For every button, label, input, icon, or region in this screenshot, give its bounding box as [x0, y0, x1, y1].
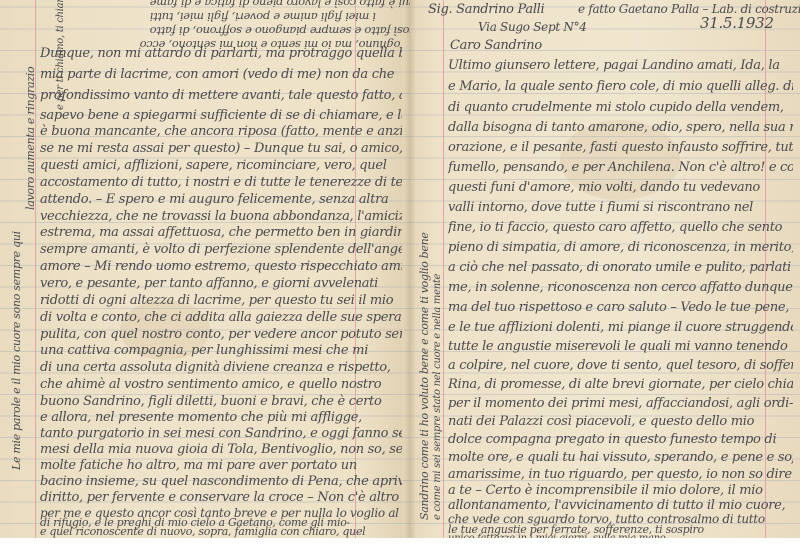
margin-note: Sandrino come ti ho voluto bene e come t…: [418, 20, 431, 520]
letter-line: diritto, per fervente e conservare la cr…: [40, 490, 402, 506]
letter-line: una cattiva compagnia, per lunghissimi m…: [40, 343, 402, 359]
letter-line: estrema, ma assai affettuosa, che permet…: [40, 225, 402, 241]
letter-line: nati dei Palazzi così piacevoli, e quest…: [448, 414, 793, 430]
salutation: Caro Sandrino: [450, 38, 542, 53]
letter-line: Dunque, non mi attardo di parlarti, ma p…: [40, 46, 402, 62]
left-page: e qui è fatto così e lavoro pieno di fat…: [0, 0, 410, 538]
letter-line: a ciò che nel passato, di onorato umile …: [448, 260, 793, 276]
letter-line: sempre amanti, è volto di perfezione spl…: [40, 242, 402, 258]
letter-line: valli intorno, dove tutte i fiumi si ris…: [448, 200, 793, 216]
letter-line: ma del tuo rispettoso e caro saluto – Ve…: [448, 300, 793, 316]
margin-note: e come mi sei sempre stato nel cuore e n…: [432, 100, 443, 520]
letter-line: mesi della mia nuova gioia di Tola, Bent…: [40, 442, 402, 458]
letter-line: per il momento dei primi mesi, affaccian…: [448, 396, 793, 412]
margin-note: lavoro aumenta e ringrazio: [24, 10, 37, 210]
letter-line: pieno di simpatia, di amore, di riconosc…: [448, 240, 793, 256]
letter-line: molte fatiche ho altro, ma mi pare aver …: [40, 458, 402, 474]
upside-down-line: e qui è fatto così e lavoro pieno di fat…: [150, 0, 410, 10]
letter-line: tutte le angustie miserevoli le quali mi…: [448, 339, 793, 355]
recipient-name: Sig. Sandrino Palli: [428, 2, 544, 17]
letter-line: vecchiezza, che ne trovassi la buona abb…: [40, 209, 402, 225]
letter-line: amore – Mi rendo uomo estremo, questo ri…: [40, 259, 402, 275]
letter-line: di volta e conto, che ci addita alla gai…: [40, 310, 402, 326]
letter-line: me, in solenne, riconoscenza non cerco a…: [448, 280, 793, 296]
letter-line: di una certa assoluta dignità diviene cr…: [40, 360, 402, 376]
letter-line: vero, e pesante, per tanto affanno, e gi…: [40, 276, 402, 292]
letter-line: dolce compagna pregato in questo funesto…: [448, 432, 793, 448]
letter-date: 31.5.1932: [700, 14, 774, 32]
letter-line: dalla bisogna di tanto amarone, odio, sp…: [448, 120, 793, 136]
letter-line: questi funi d'amore, mio volti, dando tu…: [448, 180, 793, 196]
letter-line: orazione, e il pesante, fasti questo inf…: [448, 140, 793, 156]
letter-line: sapevo bene a spiegarmi sufficiente di s…: [40, 108, 402, 124]
letter-line: ridotti di ogni altezza di lacrime, per …: [40, 293, 402, 309]
letter-line: accostamento di tutto, i nostri e di tut…: [40, 175, 402, 191]
letter-line: molte ore, e quali tu hai vissuto, spera…: [448, 450, 793, 466]
letter-line: e le tue afflizioni dolenti, mi piange i…: [448, 320, 793, 336]
letter-line: tanto purgatorio in sei mesi con Sandrin…: [40, 426, 402, 442]
upside-down-line: e così fatto e sempre piangono e soffron…: [150, 24, 410, 38]
letter-line: fumello, pensando, e per Anchilena. Non …: [448, 160, 793, 176]
letter-line: di quanto crudelmente mi stolo cupido de…: [448, 100, 793, 116]
letter-line: a te – Certo è incomprensibile il mio do…: [448, 483, 793, 499]
letter-line: bacino insieme, su quel nascondimento di…: [40, 474, 402, 490]
letter-line: questi amici, afflizioni, sapere, ricomi…: [40, 158, 402, 174]
letter-line: che ahimè al vostro sentimento amico, e …: [40, 377, 402, 393]
left-margin-line: [443, 0, 444, 538]
letter-line: amarissime, in tuo riguardo, per questo,…: [448, 467, 793, 483]
letter-line: e quel riconoscente di nuovo, sopra, fam…: [40, 524, 402, 538]
letter-line: a colpire, nel cuore, dove ti sento, que…: [448, 358, 793, 374]
letter-line: e Mario, la quale sento fiero cole, di m…: [448, 79, 793, 95]
letter-line: mia parte di lacrime, con amori (vedo di…: [40, 67, 402, 83]
recipient-address: Via Sugo Sept N°4: [478, 20, 587, 34]
letter-line: pulita, con quel nostro conto, per veder…: [40, 327, 402, 343]
letter-line: fine, io ti faccio, questo caro affetto,…: [448, 220, 793, 236]
letter-line: profondissimo vanto di mettere avanti, t…: [40, 88, 402, 104]
letter-line: buono Sandrino, figli diletti, buoni e b…: [40, 394, 402, 410]
scanned-letter: e qui è fatto così e lavoro pieno di fat…: [0, 0, 800, 538]
letter-line: attendo. – E spero e mi auguro felicemen…: [40, 192, 402, 208]
letter-line: e allora, nel presente momento che più m…: [40, 410, 402, 426]
letter-line: unico fattezze in i miei giorni, sulla m…: [448, 531, 793, 538]
margin-note: Le mie parole e il mio cuore sono sempre…: [10, 10, 23, 470]
letter-line: Rina, di promesse, di alte brevi giornat…: [448, 377, 793, 393]
upside-down-line: i miei figli anime e poveri, figli miei,…: [150, 10, 376, 24]
letter-line: Ultimo giunsero lettere, pagai Landino a…: [448, 58, 793, 74]
letter-line: è buona mancante, che ancora riposa (fat…: [40, 124, 402, 140]
letter-line: se ne mi resta assai per questo) – Dunqu…: [40, 141, 402, 157]
